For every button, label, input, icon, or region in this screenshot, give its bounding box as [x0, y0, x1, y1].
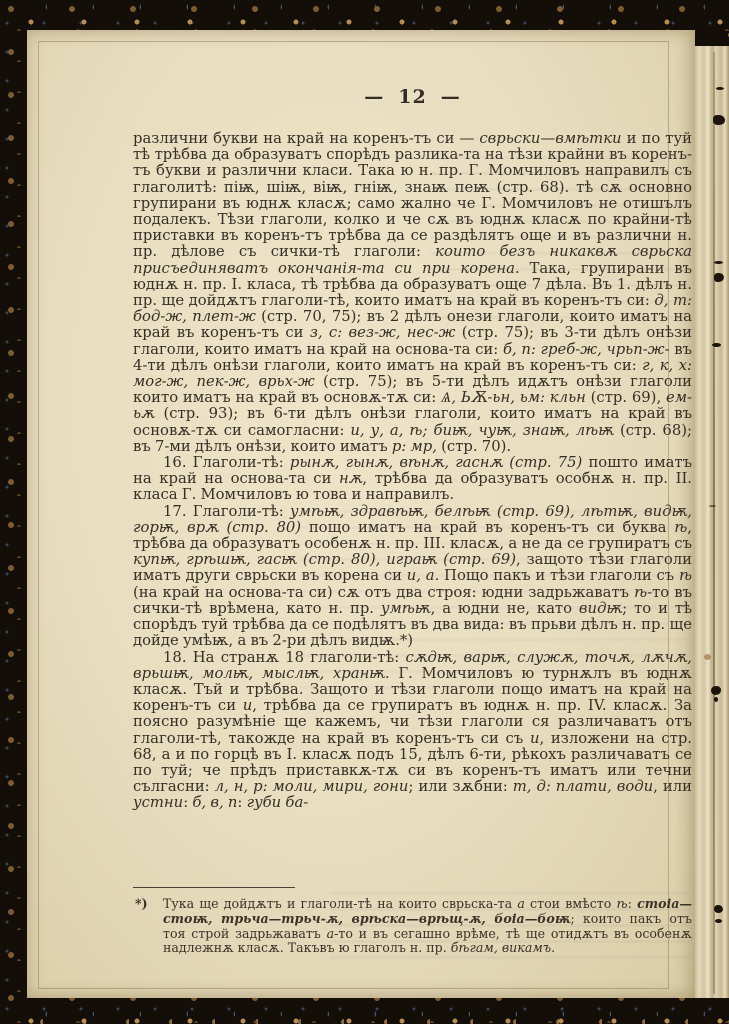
italic-text: губи ба-	[247, 794, 309, 811]
header-dash-left: —	[364, 86, 384, 108]
paragraph: 17. Глаголи-тѣ: умѣѭ, здравѣѭ, белѣѭ (ст…	[133, 504, 692, 650]
italic-text: ѣ	[617, 896, 628, 911]
roman-text: пощо иматъ на край въ коренъ-тъ си буква	[301, 519, 674, 536]
book-page: —12— различни букви на край на коренъ-тъ…	[27, 30, 695, 998]
roman-text: стои вмѣсто	[525, 896, 617, 911]
italic-text: ѣ	[634, 584, 647, 601]
italic-text: рынѫ, гынѫ, вѣнѫ, гаснѫ (стр. 75)	[290, 454, 582, 471]
ink-speck	[716, 87, 724, 90]
footnote-separator	[133, 887, 295, 888]
italic-text: сврьски—вмѣтки	[479, 130, 621, 147]
italic-text: бѣгам, викамъ	[451, 940, 551, 955]
ink-speck	[714, 697, 718, 702]
italic-text: ѣ	[674, 519, 687, 536]
paragraph: 18. На странѫ 18 глаголи-тѣ: сѫдѭ, варѭ,…	[133, 650, 692, 812]
footnote-text: Тука ще дойдѫтъ и глаголи-тѣ на които св…	[163, 896, 692, 955]
ink-speck	[709, 505, 716, 507]
roman-text: :	[237, 794, 246, 811]
roman-text: :	[628, 896, 637, 911]
ink-speck	[714, 261, 723, 264]
ink-speck	[713, 115, 725, 125]
italic-text: ѣ	[679, 567, 692, 584]
footnote-marker: *)	[135, 897, 148, 912]
roman-text: 18. На странѫ 18 глаголи-тѣ:	[163, 649, 406, 666]
roman-text: 16. Глаголи-тѣ:	[163, 454, 290, 471]
italic-text: и, а	[407, 567, 435, 584]
italic-text: л, н, р: моли, мири, гони	[215, 778, 409, 795]
italic-text: и	[243, 697, 253, 714]
book-photo: —12— различни букви на край на коренъ-тъ…	[0, 0, 729, 1024]
page-crease	[713, 52, 715, 994]
paragraph: 16. Глаголи-тѣ: рынѫ, гынѫ, вѣнѫ, гаснѫ …	[133, 455, 692, 504]
italic-text: умѣѭ	[381, 600, 431, 617]
italic-text: б, в, п	[192, 794, 237, 811]
roman-text: (стр. 69),	[586, 389, 666, 406]
roman-text: (стр. 70).	[437, 438, 511, 455]
page-header: —12—	[133, 86, 692, 108]
rust-stain	[704, 654, 711, 660]
footnote: *) Тука ще дойдѫтъ и глаголи-тѣ на които…	[133, 897, 692, 956]
roman-text: и по туй тѣ трѣбва да образуватъ спорѣдъ…	[133, 130, 692, 260]
italic-text: т, д: плати, води	[513, 778, 653, 795]
paragraph: различни букви на край на коренъ-тъ си —…	[133, 131, 692, 455]
italic-text: а	[517, 896, 525, 911]
body-text: различни букви на край на коренъ-тъ си —…	[133, 131, 692, 812]
ink-speck	[712, 343, 721, 347]
roman-text: ; или зѫбни:	[408, 778, 512, 795]
ink-speck	[715, 919, 722, 923]
italic-text: а	[327, 926, 335, 941]
roman-text: . Пощо пакъ и тѣзи глаголи съ	[435, 567, 679, 584]
italic-text: видѭ	[579, 600, 622, 617]
roman-text: , или	[653, 778, 692, 795]
italic-text: Ѧ, ЬѪ-ьн, ьм: кльн	[441, 389, 586, 406]
ink-speck	[714, 905, 723, 913]
roman-text: :	[183, 794, 192, 811]
header-dash-right: —	[441, 86, 461, 108]
page-number: 12	[398, 86, 426, 108]
italic-text: и	[530, 730, 540, 747]
italic-text: купѭ, грѣшѭ, гасѭ (стр. 80), играѭ (стр.…	[133, 551, 516, 568]
roman-text: Тука ще дойдѫтъ и глаголи-тѣ на които св…	[163, 896, 517, 911]
italic-text: р: мр,	[392, 438, 437, 455]
roman-text: (на край на основа-та си) сѫ отъ два стр…	[133, 584, 634, 601]
italic-text: устни	[133, 794, 183, 811]
italic-text: и, у, а, ѣ; биѭ, чуѭ, знаѭ, лѣѭ	[350, 422, 614, 439]
roman-text: , а юдни не, като	[431, 600, 579, 617]
roman-text: различни букви на край на коренъ-тъ си —	[133, 130, 479, 147]
italic-text: б, п: греб-ж, чрьп-ж-	[503, 341, 670, 358]
italic-text: з, с: вез-ж, нес-ж	[310, 324, 456, 341]
roman-text: 17. Глаголи-тѣ:	[163, 503, 290, 520]
page-stack-edge	[695, 46, 729, 998]
italic-text: нѫ	[339, 470, 362, 487]
roman-text: .	[551, 940, 555, 955]
